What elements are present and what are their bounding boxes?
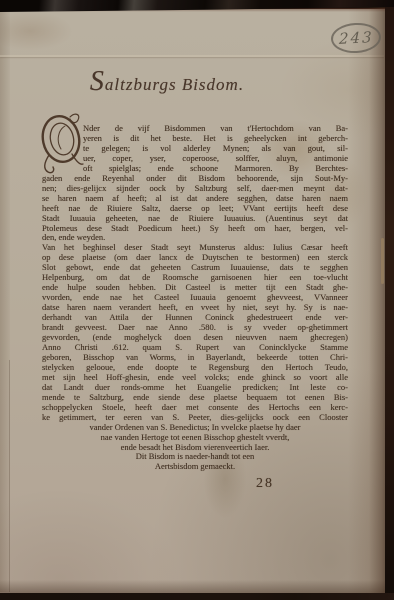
text-line: Aertsbisdom gemaeckt. — [42, 462, 348, 472]
paragraph-2-centered-lines: vander Ordenen van S. Benedictus; In vve… — [42, 423, 348, 473]
stacked-pages-sliver — [381, 238, 384, 284]
folio-number: 243 — [339, 28, 374, 48]
paragraph-1-full-lines: gaden ende Reyenhal onder dit Bisdom beh… — [42, 174, 348, 234]
bottom-dark-band — [0, 593, 394, 600]
page-curvature-shadow — [348, 0, 386, 600]
page-crease — [0, 55, 384, 57]
book-photo: 243 Saltzburgs Bisdom. Nder de vijf Bisd… — [0, 0, 394, 600]
paragraph-1-indented-lines: Nder de vijf Bisdommen van t'Hertochdom … — [83, 124, 348, 174]
text-line: nae vanden Hertoge tot eenen Bisschop gh… — [42, 433, 348, 443]
page-number: 28 — [256, 476, 274, 492]
book-fore-edge — [385, 0, 394, 600]
page-title: Saltzburgs Bisdom. — [42, 66, 292, 101]
bottom-edge-shadow — [0, 580, 394, 594]
body-text-block: Nder de vijf Bisdommen van t'Hertochdom … — [42, 124, 348, 472]
paragraph-2-full-lines: Van het beghinsel deser Stadt seyt Munst… — [42, 243, 348, 422]
underlying-page-edge — [9, 360, 10, 592]
